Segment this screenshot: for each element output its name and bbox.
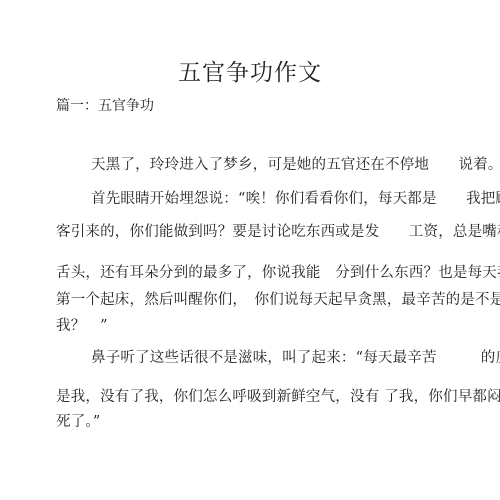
paragraph-line: 舌头，还有耳朵分到的最多了，你说我能 分到什么东西？也是每天我 bbox=[56, 261, 500, 282]
paragraph-line: 鼻子听了这些话很不是滋味，叫了起来：“每天最辛苦 的应该 bbox=[91, 346, 500, 367]
document-subtitle: 篇一：五官争功 bbox=[56, 95, 154, 115]
paragraph-line: 客引来的，你们能做到吗？要是讨论吃东西或是发 工资，总是嘴和 bbox=[56, 220, 500, 241]
paragraph-line: 天黑了，玲玲进入了梦乡，可是她的五官还在不停地 说着。 bbox=[91, 153, 500, 174]
paragraph-line: 死了。” bbox=[56, 410, 100, 431]
document-title: 五官争功作文 bbox=[0, 54, 500, 87]
paragraph-line: 第一个起床，然后叫醒你们， 你们说每天起早贪黑，最辛苦的是不是 bbox=[56, 288, 500, 309]
document-page: 五官争功作文 篇一：五官争功 天黑了，玲玲进入了梦乡，可是她的五官还在不停地 说… bbox=[0, 0, 500, 500]
paragraph-line: 首先眼睛开始埋怨说：“唉！你们看看你们，每天都是 我把顾 bbox=[91, 187, 500, 208]
paragraph-line: 我？ ” bbox=[56, 314, 108, 335]
paragraph-line: 是我，没有了我，你们怎么呼吸到新鲜空气，没有 了我，你们早都闷 bbox=[56, 385, 500, 406]
